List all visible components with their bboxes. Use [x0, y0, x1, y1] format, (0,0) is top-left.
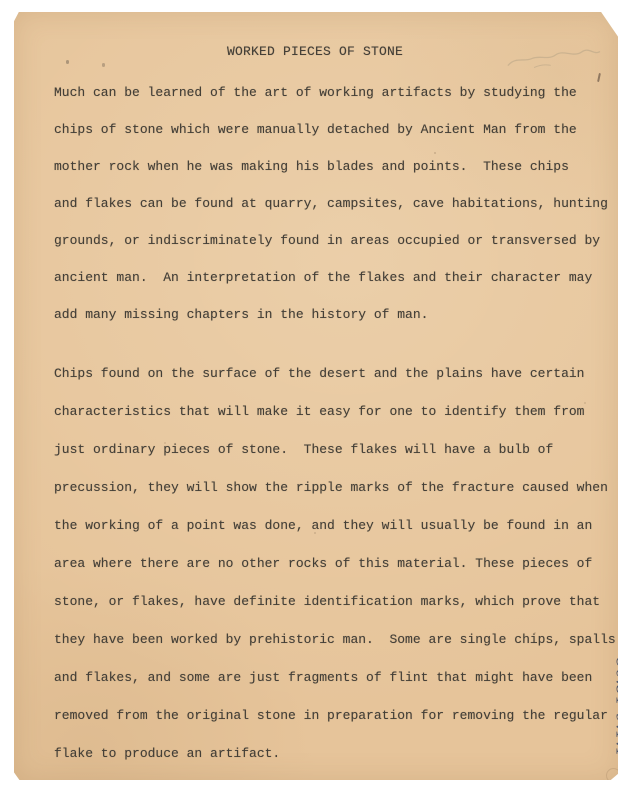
- pencil-scribble-mark: [503, 43, 605, 78]
- text-line: add many missing chapters in the history…: [54, 296, 637, 333]
- document-title: WORKED PIECES OF STONE: [227, 44, 403, 59]
- text-line: the working of a point was done, and the…: [54, 507, 637, 545]
- text-line: and flakes can be found at quarry, camps…: [54, 185, 637, 222]
- text-line: Much can be learned of the art of workin…: [54, 74, 637, 111]
- text-line: they have been worked by prehistoric man…: [54, 621, 637, 659]
- paper-sheet: WORKED PIECES OF STONE Much can be learn…: [14, 12, 618, 780]
- text-line: area where there are no other rocks of t…: [54, 545, 637, 583]
- paragraph-2: Chips found on the surface of the desert…: [54, 355, 637, 773]
- paragraph-1: Much can be learned of the art of workin…: [54, 74, 637, 333]
- faint-ring-mark: [606, 768, 621, 783]
- text-line: grounds, or indiscriminately found in ar…: [54, 222, 637, 259]
- dust-specks: [434, 152, 436, 154]
- text-line: and flakes, and some are just fragments …: [54, 659, 637, 697]
- text-line: removed from the original stone in prepa…: [54, 697, 637, 735]
- text-line: just ordinary pieces of stone. These fla…: [54, 431, 637, 469]
- scanned-document-page: WORKED PIECES OF STONE Much can be learn…: [0, 0, 637, 800]
- text-line: stone, or flakes, have definite identifi…: [54, 583, 637, 621]
- text-line: precussion, they will show the ripple ma…: [54, 469, 637, 507]
- text-line: mother rock when he was making his blade…: [54, 148, 637, 185]
- text-line: flake to produce an artifact.: [54, 735, 637, 773]
- stray-typed-marks: [66, 60, 69, 64]
- text-line: Chips found on the surface of the desert…: [54, 355, 637, 393]
- text-line: characteristics that will make it easy f…: [54, 393, 637, 431]
- text-line: chips of stone which were manually detac…: [54, 111, 637, 148]
- text-line: ancient man. An interpretation of the fl…: [54, 259, 637, 296]
- margin-catalog-number: Ce.31-9.1.1: [612, 657, 632, 782]
